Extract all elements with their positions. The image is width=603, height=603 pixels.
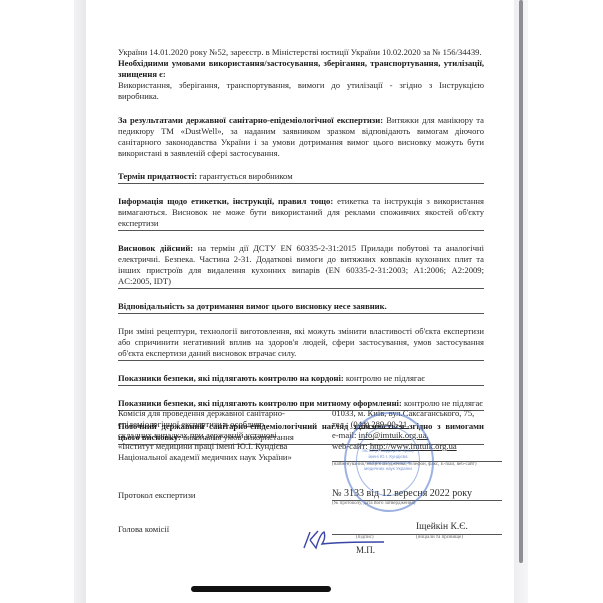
chair-name: Іщейкін К.Є. bbox=[416, 522, 468, 533]
shelf-life-label: Термін придатності: bbox=[118, 171, 197, 181]
labeling-section: Інформація щодо етикетки, інструкції, пр… bbox=[118, 196, 484, 231]
results-label: За результатами державної санітарно-епід… bbox=[118, 115, 383, 125]
labeling-label: Інформація щодо етикетки, інструкції, пр… bbox=[118, 196, 333, 206]
border-control-value: контролю не підлягає bbox=[346, 373, 425, 383]
chair-label: Голова комісії bbox=[118, 524, 169, 535]
responsibility-text: Відповідальність за дотримання вимог цьо… bbox=[118, 301, 387, 311]
conditions-value: Використання, зберігання, транспортуванн… bbox=[118, 80, 484, 103]
shelf-life-value: гарантується виробником bbox=[199, 171, 292, 181]
validity-label: Висновок дійсний: bbox=[118, 243, 193, 253]
left-page-shadow bbox=[74, 0, 86, 603]
signature-icon bbox=[300, 528, 390, 550]
border-control-section: Показники безпеки, які підлягають контро… bbox=[118, 373, 484, 386]
intro-line: України 14.01.2020 року №52, зареєстр. в… bbox=[118, 47, 484, 58]
protocol-caption: (№ протоколу, дата його затвердження) bbox=[332, 501, 502, 507]
name-caption: (ініціали та прізвище) bbox=[416, 535, 463, 541]
customs-control-value: контролю не підлягає bbox=[404, 398, 483, 408]
customs-control-label: Показники безпеки, які підлягають контро… bbox=[118, 398, 402, 408]
vertical-scrollbar[interactable] bbox=[519, 0, 523, 563]
border-control-label: Показники безпеки, які підлягають контро… bbox=[118, 373, 344, 383]
stamp-text: Інститут медицини праці імені Ю.І. Кунді… bbox=[360, 448, 416, 472]
responsibility-section: Відповідальність за дотримання вимог цьо… bbox=[118, 301, 484, 314]
conditions-label: Необхідними умовами використання/застосу… bbox=[118, 58, 484, 80]
document-body: України 14.01.2020 року №52, зареєстр. в… bbox=[118, 47, 484, 445]
shelf-life-section: Термін придатності: гарантується виробни… bbox=[118, 171, 484, 184]
validity-section: Висновок дійсний: на термін дії ДСТУ EN … bbox=[118, 243, 484, 289]
protocol-label: Протокол експертизи bbox=[118, 490, 196, 501]
changes-note: При зміні рецептури, технології виготовл… bbox=[118, 326, 484, 361]
commission-name: Комісія для проведення державної санітар… bbox=[118, 408, 298, 463]
results-section: За результатами державної санітарно-епід… bbox=[118, 115, 484, 159]
home-indicator bbox=[191, 586, 331, 592]
